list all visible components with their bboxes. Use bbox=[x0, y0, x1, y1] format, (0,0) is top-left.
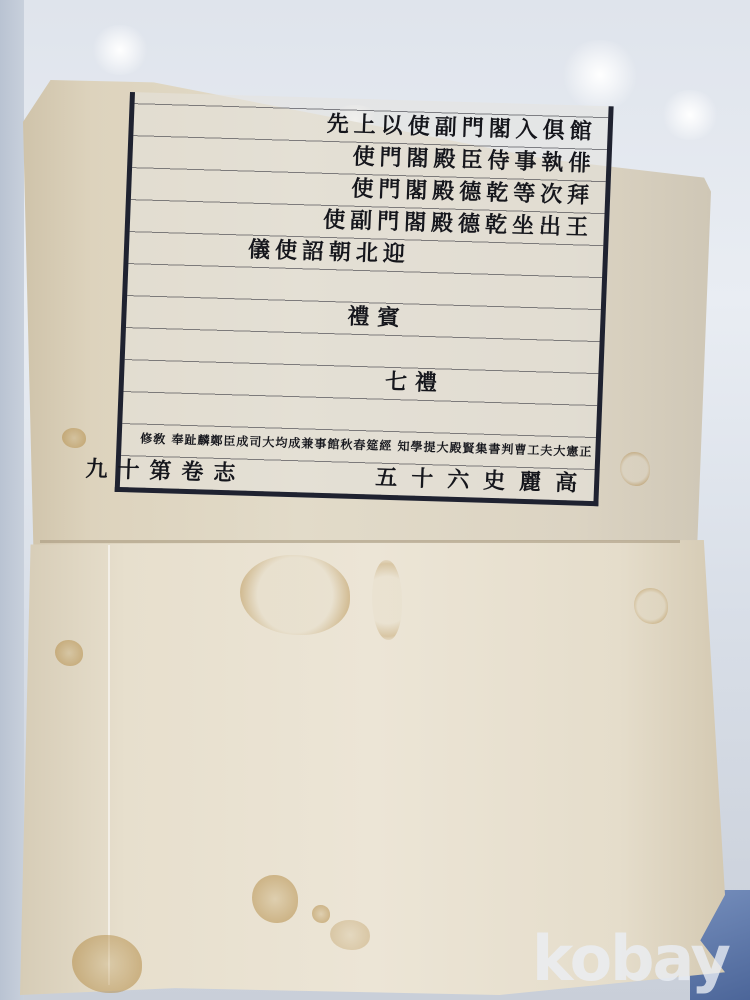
water-stain bbox=[55, 640, 83, 666]
book-title: 高麗史六十五 bbox=[245, 463, 592, 495]
light-glare bbox=[90, 25, 150, 75]
table-surface-edge bbox=[0, 0, 24, 1000]
volume-label: 志卷第十九 bbox=[85, 458, 246, 485]
water-stain bbox=[634, 588, 668, 624]
light-glare bbox=[660, 90, 720, 140]
water-stain bbox=[372, 560, 402, 640]
watermark-logo: kobay bbox=[532, 922, 729, 995]
water-stain bbox=[252, 875, 298, 923]
water-stain bbox=[72, 935, 142, 993]
water-stain bbox=[330, 920, 370, 950]
printed-frame: 高麗史六十五 志卷第十九 正憲大夫工曹判書集賢殿大提學知 經筵春秋館事兼成均大司… bbox=[115, 92, 614, 506]
water-stain bbox=[312, 905, 330, 923]
water-stain bbox=[62, 428, 86, 448]
page-fold bbox=[40, 540, 680, 543]
water-stain bbox=[620, 452, 650, 486]
paper-crease bbox=[108, 545, 110, 985]
text-columns: 高麗史六十五 志卷第十九 正憲大夫工曹判書集賢殿大提學知 經筵春秋館事兼成均大司… bbox=[121, 92, 606, 500]
light-glare bbox=[560, 40, 640, 110]
